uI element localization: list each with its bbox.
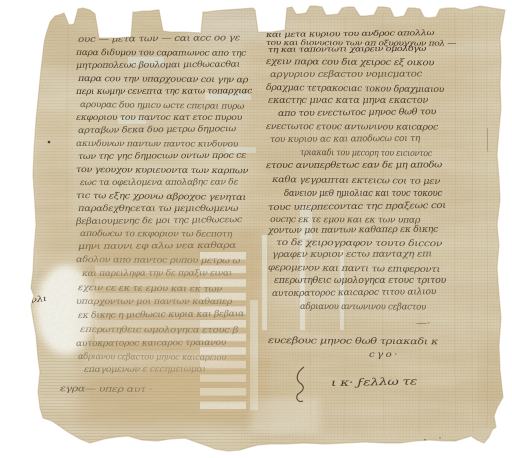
left-column-text-line: τιϲ τω εξηϲ χρονω αβροχοϲ γενηται: [76, 191, 246, 203]
ink-dot: [48, 141, 51, 144]
right-column-text-line: δανειον μεθ ημιολιαϲ και τουϲ τοκουϲ: [284, 189, 442, 199]
right-column-text-line: αργυριου ϲεβαϲτου νομιϲματοϲ: [270, 69, 422, 80]
left-column-text-line: ακινδυνων παντων παντοϲ κινδυνου: [76, 139, 238, 150]
right-column-text-line: φερομενον και παντι τω επιφεροντι: [268, 263, 440, 275]
right-column-text-line: τη και ταποντωτι χαιρειν ομολογω: [268, 44, 426, 54]
left-column-text-line: παραδεχθηϲεται τω μεμιϲθωμενω: [77, 204, 239, 214]
ink-speck: [439, 437, 441, 439]
right-column-text-line: τουϲ υπερπεϲονταϲ τηϲ πραξεωϲ ϲοι: [268, 201, 446, 213]
left-column-text-line: αποδωϲω το εκφοριον τω δεϲποτη: [80, 229, 233, 240]
left-column-text-line: αρουραϲ δυο ημιϲυ ωϲτε ϲπειραι πυρω: [80, 100, 244, 112]
right-column-text-line: επερωτηθειϲ ωμολογηϲα ετουϲ τριτου: [274, 276, 447, 286]
right-column-text-line: απο του ενεϲτωτοϲ μηνοϲ θωθ του: [278, 107, 437, 119]
papyrus-photograph: ουϲ — μετα των — ϲαι αϲϲ οο γεπαρα διδυμ…: [0, 0, 512, 458]
left-column-text-line: αρταβων δεκα δυο μετρω δημοϲιω: [78, 124, 237, 136]
right-column-text-line: καθα γεγραπται εκτειϲω ϲοι το μεν: [271, 175, 441, 187]
right-column-text-line: εχειν παρα ϲου δια χειροϲ εξ οικου: [266, 57, 435, 68]
right-column-text-line: αδριανου αντωνινου ϲεβαϲτου: [300, 302, 427, 312]
right-column-text-line: του κυριου αϲ και αποδωϲω ϲοι τη: [270, 134, 421, 145]
papyrus-sheet-graphic: ουϲ — μετα των — ϲαι αϲϲ οο γεπαρα διδυμ…: [0, 0, 512, 458]
left-column-text-line: εκφοριου του παντοϲ κατ ετοϲ πυρου: [76, 113, 242, 123]
right-column-text-line: χοντων μοι παντων καθαπερ εκ δικηϲ: [267, 225, 439, 236]
year-abbreviation: ϲ γ ο ·: [369, 350, 397, 359]
left-column-text-line: βεβαιουμενηϲ δε μοι τηϲ μιϲθωϲεωϲ: [75, 215, 243, 227]
right-column-text-line: αυτοκρατοροϲ καιϲαροϲ τιτου αιλιου: [272, 287, 437, 299]
left-column-text-line: των τηϲ γηϲ δημοϲιων οντων προϲ ϲε: [78, 151, 247, 162]
right-column-text-line: —·: [416, 319, 431, 329]
right-column-text-line: ετουϲ ανυπερθετωϲ εαν δε μη αποδω: [266, 160, 442, 171]
left-column-text-line: παρα ϲου την υπαρχουϲαν ϲοι γην αρ: [77, 74, 249, 85]
right-column-text-line: το δε χειρογραφον τουτο διϲϲον: [276, 238, 443, 249]
right-column-text-line: ενεϲτωτοϲ ετουϲ αντωνινου καιϲαροϲ: [266, 122, 438, 133]
right-column-text-line: τριακαδι του μεϲορη του ειϲιοντοϲ: [300, 148, 432, 159]
left-column-text-line: ουϲ — μετα των — ϲαι αϲϲ οο γε: [78, 33, 241, 45]
right-column-text-line: εκαϲτηϲ μναϲ κατα μηνα εκαϲτον: [268, 96, 429, 106]
left-column-text-line: μητροπολεωϲ βουλομαι μιϲθωϲαϲθαι: [76, 60, 240, 71]
loose-fiber: [487, 128, 488, 152]
right-column-text-line: ουϲηϲ εκ τε εμου και εκ των υπαρ: [270, 215, 421, 226]
left-column-text-line: τον γεουχον κυριευοντα των καρπων: [76, 165, 248, 176]
left-column-text-line: εωϲ τα οφειλομενα απολαβηϲ εαν δε: [80, 177, 239, 188]
right-column-text-line: ευϲεβουϲ μηνοϲ θωθ τριακαδι κ: [268, 336, 439, 347]
right-column-text-line: γραφεν κυριον εϲτω πανταχη επι: [272, 249, 432, 260]
docket-signature: ι κ· ϝελλω τε: [331, 377, 417, 389]
left-column-text-line: περι κωμην ϲενεπτα τηϲ κατω τοπαρχιαϲ: [75, 86, 253, 97]
right-column-text-line: δραχμαϲ τετρακοϲιαϲ τοκου δραχμιαιου: [266, 83, 445, 95]
left-column-text-line: παρα διδυμου του ϲαραπιωνοϲ απο τηϲ: [75, 48, 247, 59]
